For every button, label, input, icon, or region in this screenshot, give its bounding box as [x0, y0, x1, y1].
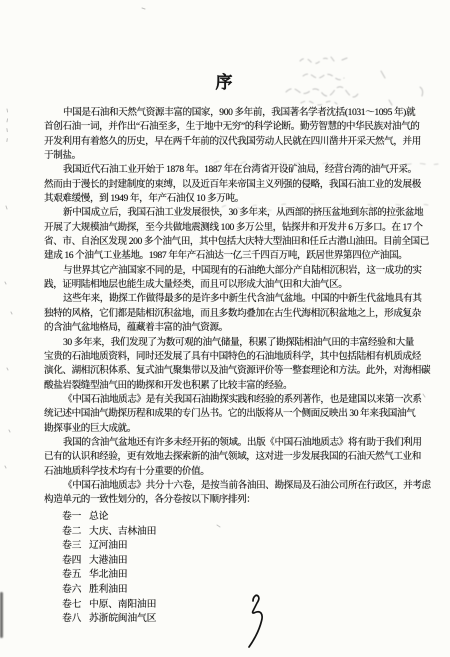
- body-line: 中国是石油和天然气资源丰富的国家，900 多年前，我国著名学者沈括(1031～1…: [44, 106, 422, 120]
- body-line: 独特的风格，它们都是陆相沉积盆地，而且多数均叠加在古生代海相沉积盆地之上，形成复…: [44, 307, 422, 321]
- volume-row: 卷五华北油田: [62, 568, 156, 583]
- body-line: 开展了大规模油气勘探，至今共做地震测线 100 多万公里，钻探井和开发井 6 万…: [44, 221, 422, 235]
- preface-body: 中国是石油和天然气资源丰富的国家，900 多年前，我国著名学者沈括(1031～1…: [44, 106, 422, 508]
- body-line: 践，证明陆相地层也能生成大量烃类，而且可以形成大油气田和大油气区。: [44, 278, 422, 292]
- page-title: 序: [0, 74, 450, 91]
- body-line: 我国近代石油工业开始于 1878 年。1887 年在台湾省开设矿油局，经营台湾的…: [44, 163, 422, 177]
- volume-number: 卷八: [62, 612, 89, 627]
- body-line: 《中国石油地质志》是有关我国石油勘探实践和经验的系列著作，也是建国以来第一次系: [44, 393, 422, 407]
- handwritten-numeral-3: 3: [246, 594, 270, 650]
- body-line: 的含油气盆地格局，蕴藏着丰富的油气资源。: [44, 321, 422, 335]
- body-line: 30 多年来，我们发现了为数可观的油气储量，积累了勘探陆相油气田的丰富经验和大量: [44, 336, 422, 350]
- body-line: 构造单元的一致性划分的，各分卷按以下顺序排列：: [44, 493, 422, 507]
- volume-number: 卷三: [62, 539, 89, 554]
- body-line: 建成 16 个油气工业基地。1987 年年产石油达一亿三千四百万吨，跃居世界第四…: [44, 249, 422, 263]
- handwritten-3-stroke: [246, 594, 270, 650]
- body-line: 我国的含油气盆地还有许多未经开拓的领域。出版《中国石油地质志》将有助于我们利用: [44, 436, 422, 450]
- body-line: 其艰难缓慢，到 1949 年，年产石油仅 10 多万吨。: [44, 192, 422, 206]
- volume-name: 华北油田: [89, 569, 127, 580]
- body-line: 勘探事业的巨大成就。: [44, 422, 422, 436]
- volume-name: 中原、南阳油田: [89, 599, 156, 610]
- volume-row: 卷七中原、南阳油田: [62, 598, 156, 613]
- volume-row: 卷八苏浙皖闽油气区: [62, 612, 156, 627]
- scan-edge-smudge: [0, 592, 3, 638]
- body-line: 新中国成立后，我国石油工业发展很快，30 多年来，从西部的挤压盆地到东部的拉张盆…: [44, 206, 422, 220]
- body-line: 已有的认识和经验，更有效地去探索新的油气领域，这对进一步发展我国的石油天然气工业…: [44, 450, 422, 464]
- body-line: 统记述中国油气勘探历程和成果的专门丛书。它的出版将从一个侧面反映出 30 年来我…: [44, 407, 422, 421]
- body-line: 开发利用有着悠久的历史，早在两千年前的汉代我国劳动人民就在四川凿井开采天然气，并…: [44, 135, 422, 149]
- volume-number: 卷四: [62, 554, 89, 569]
- body-line: 与世界其它产油国家不同的是，中国现有的石油绝大部分产自陆相沉积岩，这一成功的实: [44, 264, 422, 278]
- volume-name: 辽河油田: [89, 540, 127, 551]
- body-line: 宝贵的石油地质资料，同时还发展了具有中国特色的石油地质科学，其中包括陆相有机质成…: [44, 350, 422, 364]
- body-line: 演化、湖相沉积体系、复式油气聚集带以及油气资源评价等一整套理论和方法。此外，对海…: [44, 364, 422, 378]
- volume-row: 卷三辽河油田: [62, 539, 156, 554]
- body-line: 然而由于漫长的封建制度的束缚，以及近百年来帝国主义列强的侵略，我国石油工业的发展…: [44, 178, 422, 192]
- body-line: 首创石油一词，并作出“石油至多，生于地中无穷”的科学论断。勤劳智慧的中华民族对油…: [44, 120, 422, 134]
- volume-number: 卷五: [62, 568, 89, 583]
- volume-number: 卷六: [62, 583, 89, 598]
- volume-row: 卷六胜利油田: [62, 583, 156, 598]
- body-line: 《中国石油地质志》共分十六卷，是按当前各油田、勘探局及石油公司所在行政区，并考虑: [44, 479, 422, 493]
- volume-row: 卷四大港油田: [62, 554, 156, 569]
- body-line: 于制盐。: [44, 149, 422, 163]
- body-line: 省、市、自治区发现 200 多个油气田，其中包括大庆特大型油田和任丘古潜山油田。…: [44, 235, 422, 249]
- volume-number: 卷二: [62, 525, 89, 540]
- volume-name: 大港油田: [89, 555, 127, 566]
- body-line: 酸盐岩裂缝型油气田的勘探和开发也积累了比较丰富的经验。: [44, 379, 422, 393]
- volume-number: 卷七: [62, 598, 89, 613]
- volume-name: 胜利油田: [89, 584, 127, 595]
- volume-number: 卷一: [62, 510, 89, 525]
- body-line: 这些年来，勘探工作做得最多的是许多中新生代含油气盆地。中国的中新生代盆地具有其: [44, 292, 422, 306]
- body-line: 石油地质科学技术均有十分重要的价值。: [44, 465, 422, 479]
- volume-row: 卷一总论: [62, 510, 156, 525]
- scanned-preface-page: 序 中国是石油和天然气资源丰富的国家，900 多年前，我: [0, 0, 450, 657]
- volume-name: 苏浙皖闽油气区: [89, 613, 156, 624]
- volume-name: 总论: [89, 511, 108, 522]
- volume-row: 卷二大庆、吉林油田: [62, 525, 156, 540]
- volume-name: 大庆、吉林油田: [89, 526, 156, 537]
- handwritten-3-label: 3: [270, 594, 271, 595]
- volume-list: 卷一总论卷二大庆、吉林油田卷三辽河油田卷四大港油田卷五华北油田卷六胜利油田卷七中…: [62, 510, 156, 627]
